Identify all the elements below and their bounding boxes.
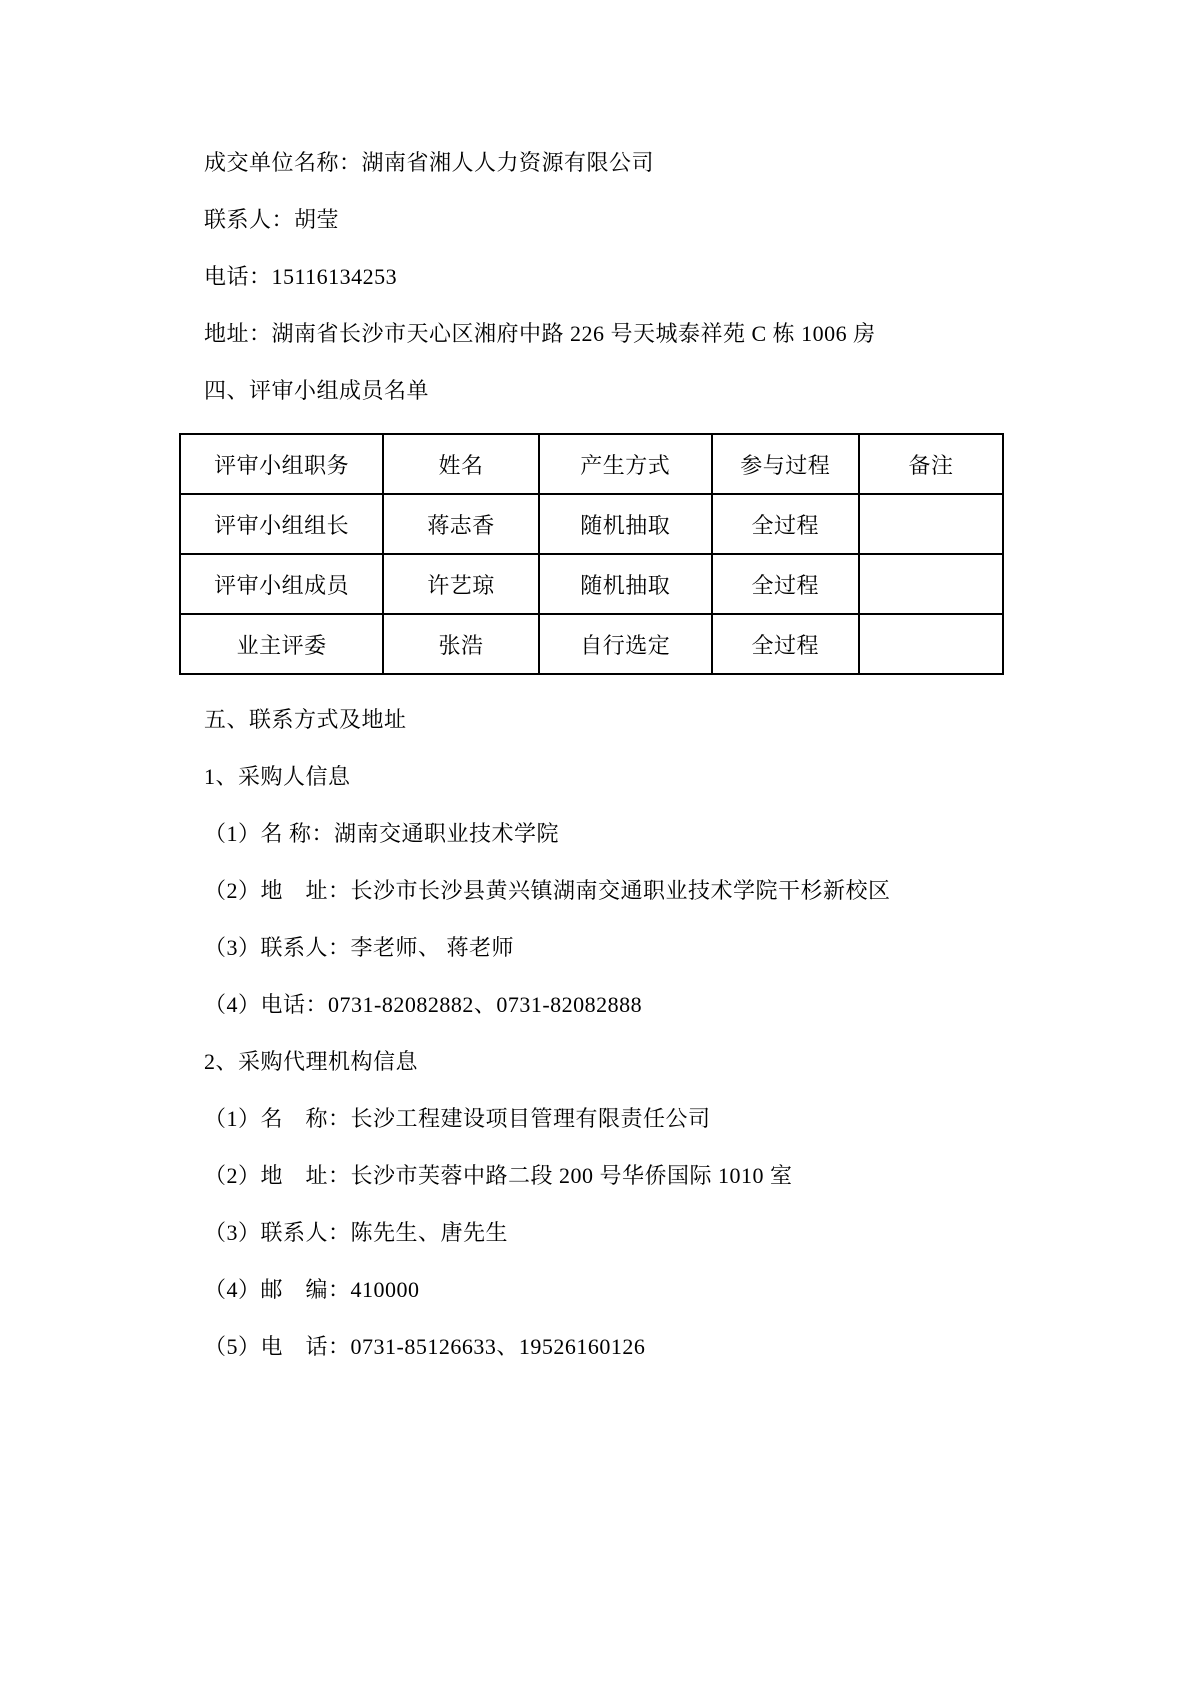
table-row: 评审小组成员 许艺琼 随机抽取 全过程 <box>180 554 1003 614</box>
agency-info-heading: 2、采购代理机构信息 <box>170 1047 1036 1077</box>
purchaser-contact-line: （3）联系人：李老师、 蒋老师 <box>170 933 1036 963</box>
table-cell-method: 随机抽取 <box>539 554 712 614</box>
table-cell-name: 许艺琼 <box>383 554 539 614</box>
header-cell-role: 评审小组职务 <box>180 434 383 494</box>
header-cell-name: 姓名 <box>383 434 539 494</box>
table-header-row: 评审小组职务 姓名 产生方式 参与过程 备注 <box>180 434 1003 494</box>
table-row: 评审小组组长 蒋志香 随机抽取 全过程 <box>180 494 1003 554</box>
header-cell-note: 备注 <box>859 434 1003 494</box>
agency-postcode-line: （4）邮 编：410000 <box>170 1275 1036 1305</box>
table-cell-note <box>859 494 1003 554</box>
awarded-supplier-phone-line: 电话：15116134253 <box>170 262 1036 292</box>
table-cell-method: 自行选定 <box>539 614 712 674</box>
table-cell-name: 张浩 <box>383 614 539 674</box>
purchaser-address-line: （2）地 址：长沙市长沙县黄兴镇湖南交通职业技术学院干杉新校区 <box>170 876 1036 906</box>
table-row: 业主评委 张浩 自行选定 全过程 <box>180 614 1003 674</box>
table-cell-scope: 全过程 <box>712 554 859 614</box>
table-cell-role: 业主评委 <box>180 614 383 674</box>
agency-address-line: （2）地 址：长沙市芙蓉中路二段 200 号华侨国际 1010 室 <box>170 1161 1036 1191</box>
table-cell-role: 评审小组成员 <box>180 554 383 614</box>
purchaser-phone-line: （4）电话：0731-82082882、0731-82082888 <box>170 990 1036 1020</box>
agency-phone-line: （5）电 话：0731-85126633、19526160126 <box>170 1332 1036 1362</box>
header-cell-scope: 参与过程 <box>712 434 859 494</box>
awarded-supplier-address-line: 地址：湖南省长沙市天心区湘府中路 226 号天城泰祥苑 C 栋 1006 房 <box>170 319 1036 349</box>
table-cell-name: 蒋志香 <box>383 494 539 554</box>
table-cell-scope: 全过程 <box>712 614 859 674</box>
document-page: 成交单位名称：湖南省湘人人力资源有限公司 联系人：胡莹 电话：151161342… <box>0 0 1191 1684</box>
purchaser-info-heading: 1、采购人信息 <box>170 762 1036 792</box>
table-cell-note <box>859 554 1003 614</box>
awarded-supplier-name-line: 成交单位名称：湖南省湘人人力资源有限公司 <box>170 148 1036 178</box>
table-cell-role: 评审小组组长 <box>180 494 383 554</box>
table-cell-note <box>859 614 1003 674</box>
agency-name-line: （1）名 称：长沙工程建设项目管理有限责任公司 <box>170 1104 1036 1134</box>
header-cell-method: 产生方式 <box>539 434 712 494</box>
purchaser-name-line: （1）名 称：湖南交通职业技术学院 <box>170 819 1036 849</box>
review-panel-table: 评审小组职务 姓名 产生方式 参与过程 备注 评审小组组长 蒋志香 随机抽取 全… <box>179 433 1004 675</box>
awarded-supplier-contact-line: 联系人：胡莹 <box>170 205 1036 235</box>
table-cell-scope: 全过程 <box>712 494 859 554</box>
section4-heading: 四、评审小组成员名单 <box>170 376 1036 406</box>
section5-heading: 五、联系方式及地址 <box>170 705 1036 735</box>
agency-contact-line: （3）联系人：陈先生、唐先生 <box>170 1218 1036 1248</box>
table-cell-method: 随机抽取 <box>539 494 712 554</box>
